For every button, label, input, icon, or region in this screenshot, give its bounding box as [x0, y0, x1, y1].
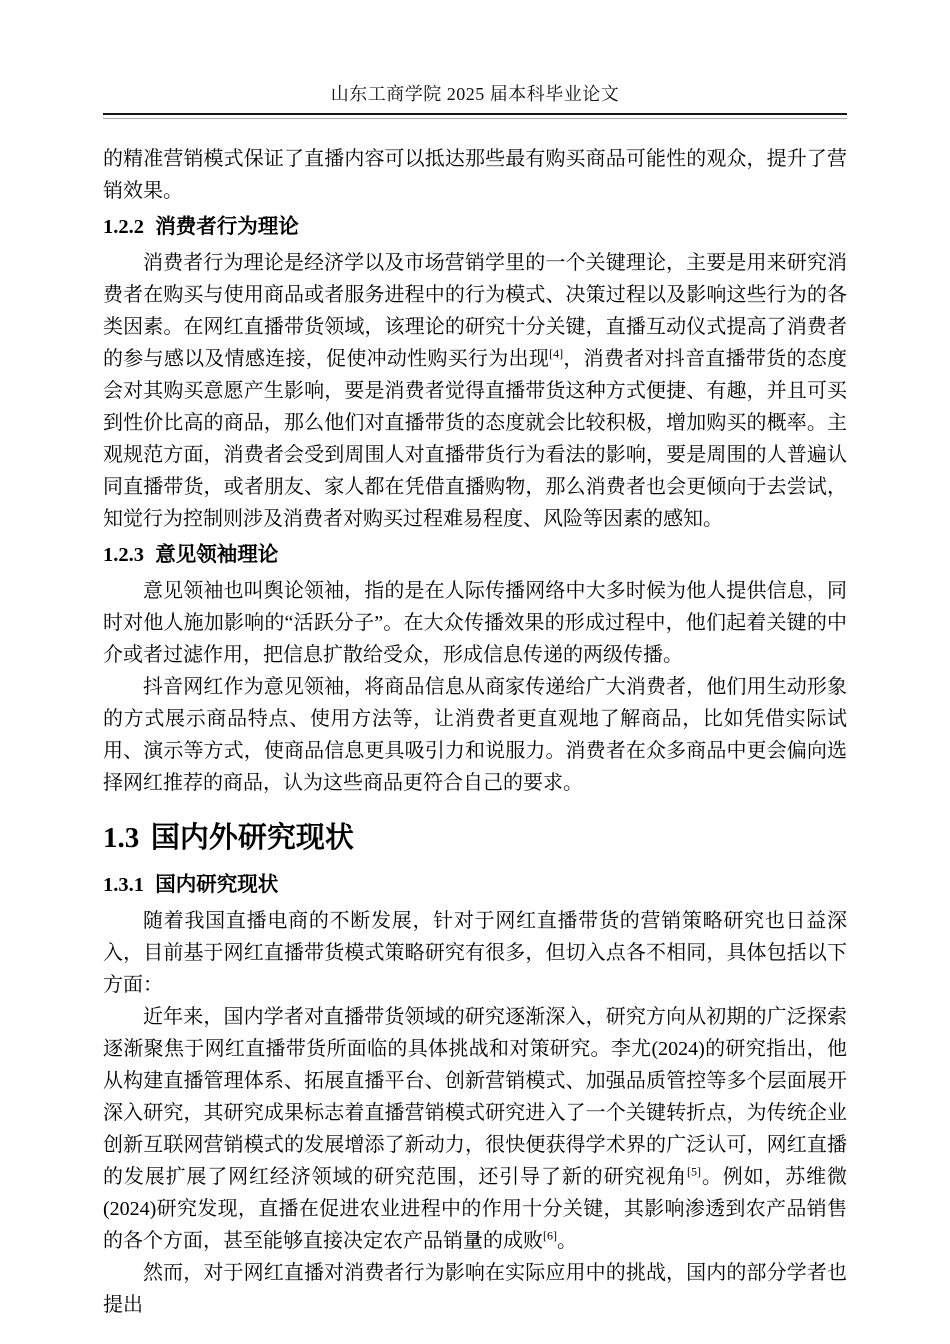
citation-ref-4: [4] [549, 346, 563, 360]
heading-title: 意见领袖理论 [155, 544, 278, 566]
paragraph-opinion-leader-definition: 意见领袖也叫舆论领袖，指的是在人际传播网络中大多时候为他人提供信息，同时对他人施… [103, 575, 847, 671]
header-divider [103, 113, 847, 119]
document-body: 的精准营销模式保证了直播内容可以抵达那些最有购买商品可能性的观众，提升了营销效果… [103, 143, 847, 1321]
heading-1-2-3: 1.2.3意见领袖理论 [103, 539, 847, 571]
heading-number: 1.3 [103, 822, 139, 854]
heading-number: 1.2.3 [103, 544, 144, 566]
heading-number: 1.2.2 [103, 216, 144, 238]
page-footer: 3 [0, 1228, 950, 1250]
heading-number: 1.3.1 [103, 874, 144, 896]
running-header: 山东工商学院 2025 届本科毕业论文 [103, 0, 847, 119]
heading-title: 国内研究现状 [155, 874, 278, 896]
thesis-page: 山东工商学院 2025 届本科毕业论文 的精准营销模式保证了直播内容可以抵达那些… [0, 0, 950, 1344]
paragraph-domestic-research-intro: 随着我国直播电商的不断发展，针对于网红直播带货的营销策略研究也日益深入，目前基于… [103, 905, 847, 1001]
heading-1-2-2: 1.2.2消费者行为理论 [103, 211, 847, 243]
paragraph-overflow-from-previous-page: 的精准营销模式保证了直播内容可以抵达那些最有购买商品可能性的观众，提升了营销效果… [103, 143, 847, 207]
citation-ref-5: [5] [687, 1164, 701, 1178]
heading-1-3: 1.3国内外研究现状 [103, 817, 847, 859]
heading-title: 国内外研究现状 [151, 822, 354, 854]
heading-title: 消费者行为理论 [155, 216, 299, 238]
running-header-title: 山东工商学院 2025 届本科毕业论文 [103, 82, 847, 106]
paragraph-domestic-research-body: 近年来，国内学者对直播带货领域的研究逐渐深入，研究方向从初期的广泛探索逐渐聚焦于… [103, 1001, 847, 1257]
paragraph-text: 近年来，国内学者对直播带货领域的研究逐渐深入，研究方向从初期的广泛探索逐渐聚焦于… [103, 1006, 847, 1188]
heading-1-3-1: 1.3.1国内研究现状 [103, 869, 847, 901]
paragraph-text: ，消费者对抖音直播带货的态度会对其购买意愿产生影响，要是消费者觉得直播带货这种方… [103, 348, 847, 530]
paragraph-however-challenges: 然而，对于网红直播对消费者行为影响在实际应用中的挑战，国内的部分学者也提出 [103, 1257, 847, 1321]
paragraph-opinion-leader-douyin: 抖音网红作为意见领袖，将商品信息从商家传递给广大消费者，他们用生动形象的方式展示… [103, 671, 847, 799]
page-number: 3 [471, 1229, 480, 1248]
paragraph-consumer-behavior: 消费者行为理论是经济学以及市场营销学里的一个关键理论，主要是用来研究消费者在购买… [103, 247, 847, 535]
